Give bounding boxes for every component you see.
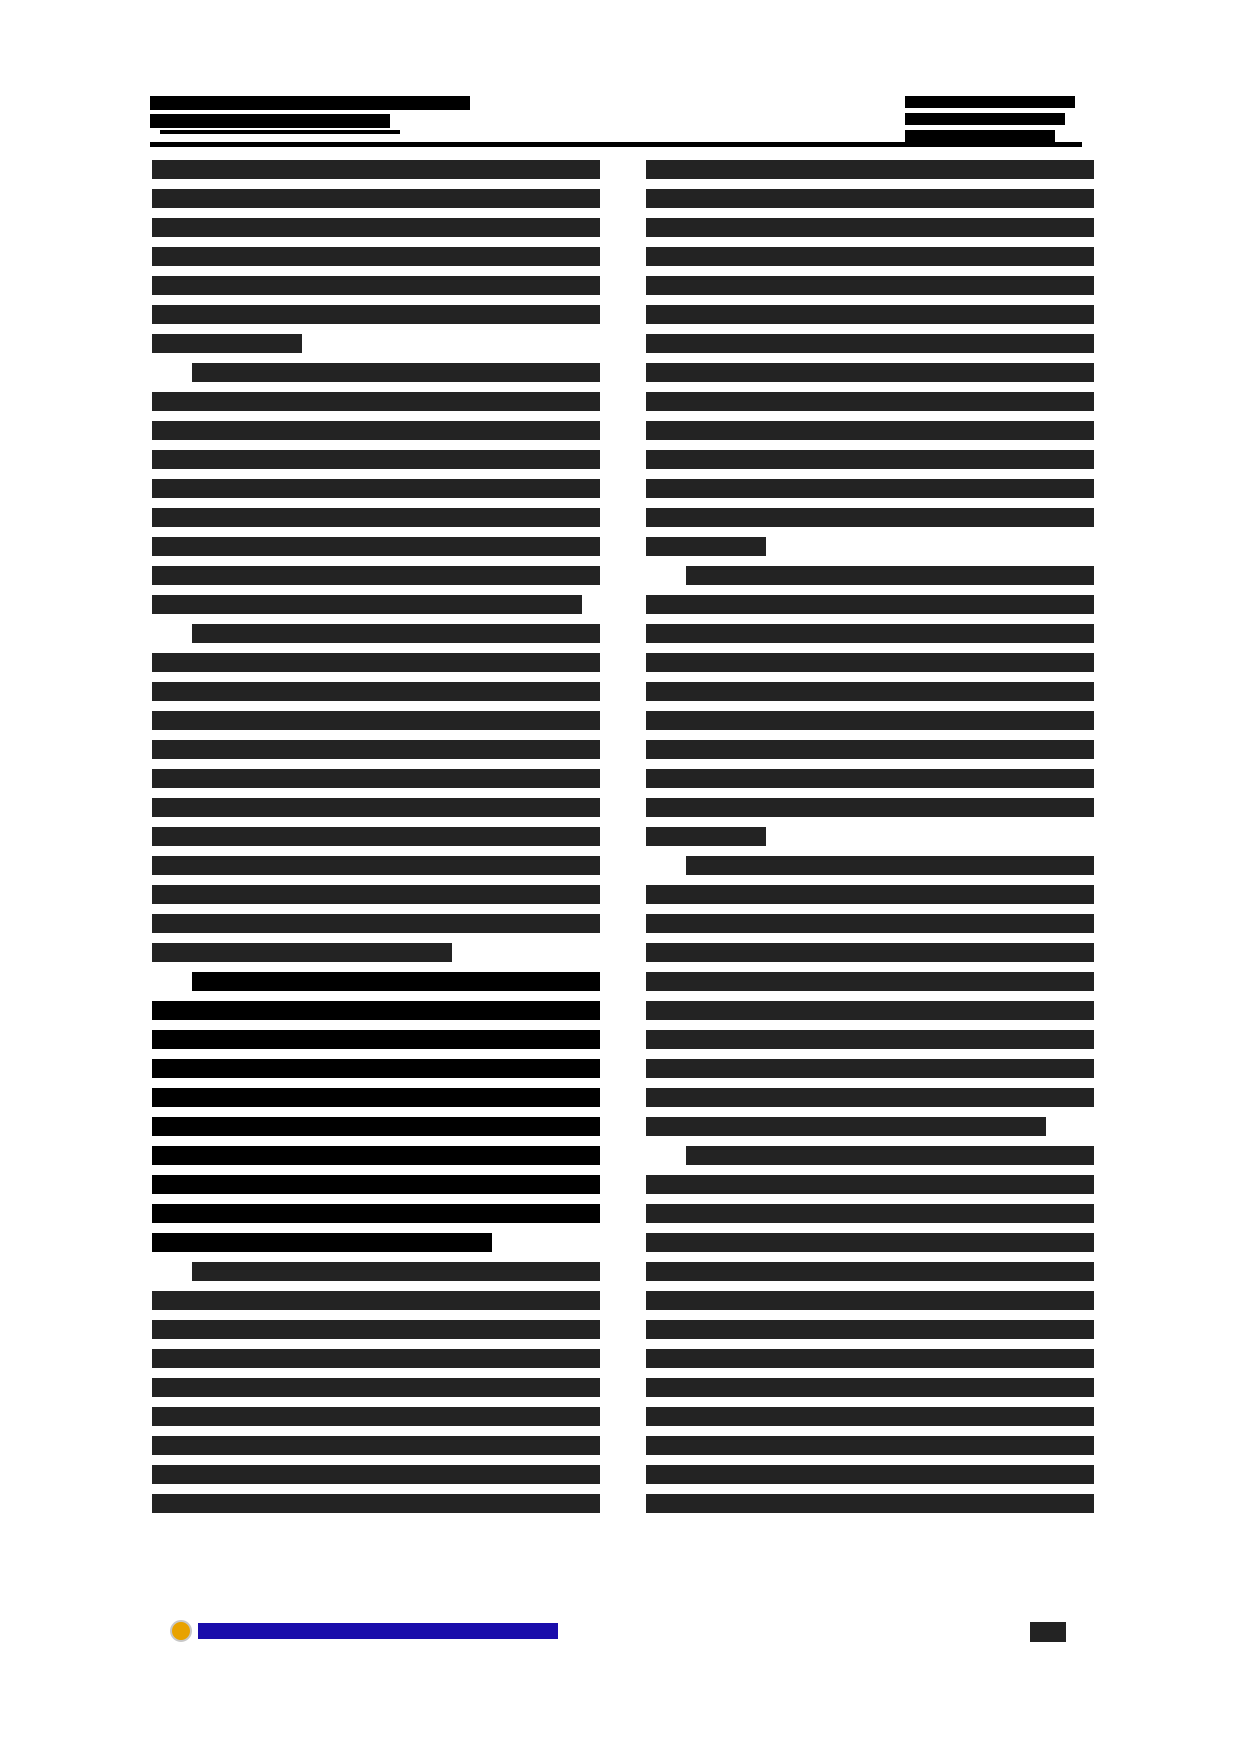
masked-text-line — [192, 624, 600, 643]
masked-text-line — [152, 247, 600, 266]
masked-text-line — [646, 479, 1094, 498]
masked-text-line — [646, 189, 1094, 208]
masked-text-line — [152, 740, 600, 759]
masked-text-line — [152, 798, 600, 817]
masked-text-line — [646, 305, 1094, 324]
left-column — [152, 160, 600, 1523]
masked-text-line — [152, 1465, 600, 1484]
masked-text-line — [646, 798, 1094, 817]
masked-text-line — [646, 1465, 1094, 1484]
masked-text-line — [152, 305, 600, 324]
masked-text-line — [646, 421, 1094, 440]
masked-text-line — [152, 1030, 600, 1049]
masked-text-line — [646, 247, 1094, 266]
masked-text-line — [152, 885, 600, 904]
masked-text-line — [152, 1233, 492, 1252]
masked-text-line — [646, 653, 1094, 672]
masked-text-line — [646, 1436, 1094, 1455]
masked-text-line — [152, 479, 600, 498]
masked-text-line — [646, 1494, 1094, 1513]
masked-text-line — [152, 653, 600, 672]
right-column — [646, 160, 1094, 1523]
masked-text-line — [152, 1146, 600, 1165]
masked-text-line — [192, 972, 600, 991]
masked-text-line — [192, 1262, 600, 1281]
masked-text-line — [152, 914, 600, 933]
masked-text-line — [646, 1117, 1046, 1136]
masked-header-line — [905, 113, 1065, 125]
masked-text-line — [152, 682, 600, 701]
masked-text-line — [646, 595, 1094, 614]
masked-text-line — [646, 1262, 1094, 1281]
masked-header-line — [150, 96, 470, 110]
masked-text-line — [646, 1320, 1094, 1339]
masked-text-line — [686, 856, 1094, 875]
masked-text-line — [646, 1407, 1094, 1426]
masked-text-line — [152, 334, 302, 353]
masked-text-line — [152, 769, 600, 788]
masked-text-line — [152, 1001, 600, 1020]
doi-link-icon — [170, 1620, 192, 1642]
journal-header-right — [905, 96, 1075, 147]
masked-text-line — [152, 856, 600, 875]
masked-text-line — [152, 943, 452, 962]
masked-text-line — [646, 972, 1094, 991]
masked-text-line — [646, 218, 1094, 237]
masked-text-line — [152, 1117, 600, 1136]
masked-text-line — [646, 1001, 1094, 1020]
masked-text-line — [646, 392, 1094, 411]
masked-text-line — [686, 566, 1094, 585]
masked-header-line — [905, 130, 1055, 142]
masked-text-line — [646, 1059, 1094, 1078]
masked-text-line — [152, 1494, 600, 1513]
masked-text-line — [646, 1175, 1094, 1194]
masked-text-line — [152, 1378, 600, 1397]
masked-text-line — [646, 1204, 1094, 1223]
masked-text-line — [152, 508, 600, 527]
masked-text-line — [646, 740, 1094, 759]
masked-text-line — [646, 1291, 1094, 1310]
header-rule — [150, 142, 1082, 147]
header-rule-short — [160, 130, 400, 134]
masked-text-line — [152, 1291, 600, 1310]
masked-text-line — [646, 1088, 1094, 1107]
masked-text-line — [152, 1407, 600, 1426]
masked-text-line — [646, 624, 1094, 643]
masked-text-line — [646, 508, 1094, 527]
masked-text-line — [152, 595, 582, 614]
masked-text-line — [152, 421, 600, 440]
masked-text-line — [646, 363, 1094, 382]
masked-text-line — [152, 276, 600, 295]
masked-text-line — [152, 218, 600, 237]
masked-text-line — [646, 711, 1094, 730]
masked-text-line — [646, 537, 766, 556]
masked-text-line — [152, 1175, 600, 1194]
masked-text-line — [152, 392, 600, 411]
masked-text-line — [686, 1146, 1094, 1165]
masked-header-line — [150, 114, 390, 128]
masked-text-line — [152, 1204, 600, 1223]
masked-text-line — [152, 160, 600, 179]
masked-text-line — [192, 363, 600, 382]
masked-text-line — [152, 1059, 600, 1078]
page-number — [1030, 1622, 1066, 1642]
masked-text-line — [152, 1436, 600, 1455]
masked-text-line — [152, 537, 600, 556]
masked-text-line — [152, 1088, 600, 1107]
masked-text-line — [152, 1349, 600, 1368]
journal-header-left — [150, 96, 470, 132]
masked-text-line — [646, 769, 1094, 788]
masked-text-line — [646, 1349, 1094, 1368]
masked-text-line — [152, 189, 600, 208]
masked-text-line — [646, 160, 1094, 179]
masked-text-line — [646, 276, 1094, 295]
masked-header-line — [905, 96, 1075, 108]
masked-text-line — [646, 1030, 1094, 1049]
masked-text-line — [152, 711, 600, 730]
masked-text-line — [152, 827, 600, 846]
masked-text-line — [646, 682, 1094, 701]
masked-text-line — [646, 885, 1094, 904]
doi-link[interactable] — [198, 1623, 558, 1639]
masked-text-line — [646, 943, 1094, 962]
masked-text-line — [646, 450, 1094, 469]
masked-text-line — [646, 827, 766, 846]
masked-text-line — [646, 914, 1094, 933]
footer — [170, 1620, 558, 1642]
masked-text-line — [152, 1320, 600, 1339]
masked-text-line — [646, 1378, 1094, 1397]
masked-text-line — [152, 450, 600, 469]
masked-text-line — [646, 1233, 1094, 1252]
masked-text-line — [152, 566, 600, 585]
masked-text-line — [646, 334, 1094, 353]
